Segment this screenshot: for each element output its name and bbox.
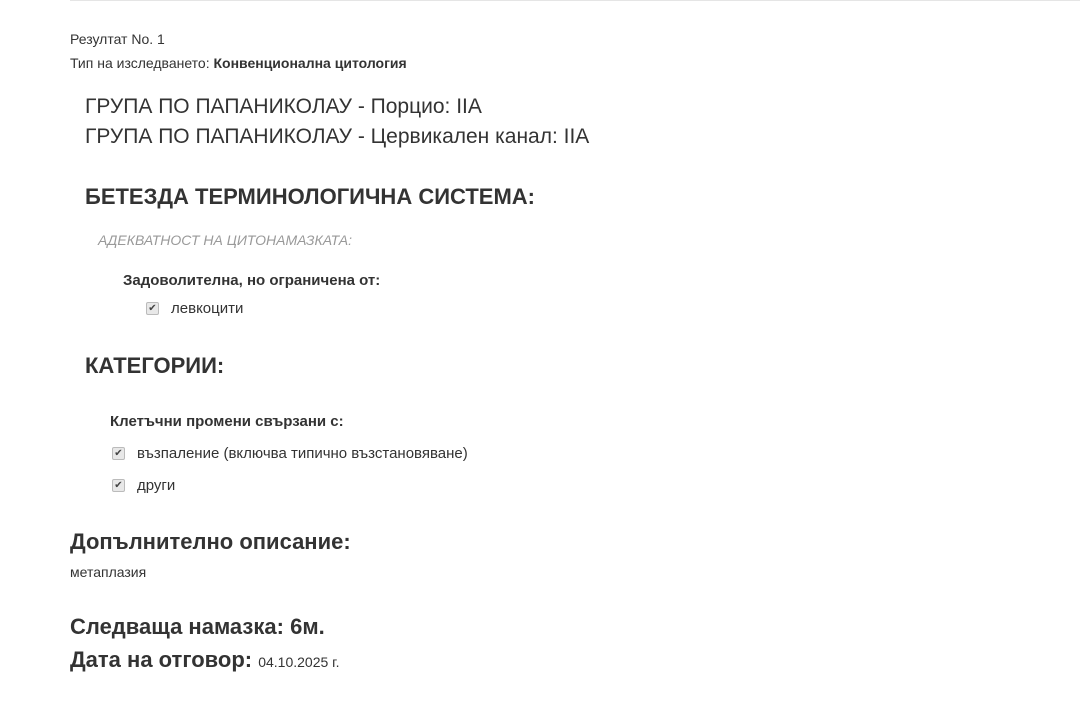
additional-description-value: метаплазия — [70, 564, 146, 580]
adequacy-label: АДЕКВАТНОСТ НА ЦИТОНАМАЗКАТА: — [98, 232, 352, 248]
top-divider — [70, 0, 1080, 1]
papanicolaou-cervical-canal: ГРУПА ПО ПАПАНИКОЛАУ - Цервикален канал:… — [85, 125, 589, 149]
result-number: Резултат No. 1 — [70, 31, 165, 47]
bethesda-title: БЕТЕЗДА ТЕРМИНОЛОГИЧНА СИСТЕМА: — [85, 184, 535, 210]
limited-by-item: ✔ левкоцити — [146, 300, 243, 317]
next-smear: Следваща намазка: 6м. — [70, 614, 325, 640]
next-smear-label: Следваща намазка: — [70, 614, 284, 639]
answer-date: Дата на отговор: 04.10.2025 г. — [70, 647, 339, 673]
category-label: възпаление (включва типично възстановява… — [137, 445, 468, 462]
limited-by-label: левкоцити — [171, 300, 243, 317]
additional-description-title: Допълнително описание: — [70, 529, 351, 555]
checkbox-checked-icon[interactable]: ✔ — [112, 447, 125, 460]
exam-type: Тип на изследването: Конвенционална цито… — [70, 55, 407, 71]
answer-date-value: 04.10.2025 г. — [258, 654, 339, 670]
checkbox-checked-icon[interactable]: ✔ — [112, 479, 125, 492]
adequacy-value: Задоволителна, но ограничена от: — [123, 272, 380, 289]
papanicolaou-portio: ГРУПА ПО ПАПАНИКОЛАУ - Порцио: IIA — [85, 95, 482, 119]
category-item: ✔ възпаление (включва типично възстановя… — [112, 445, 468, 462]
next-smear-value: 6м. — [290, 614, 325, 639]
exam-type-label: Тип на изследването: — [70, 55, 210, 71]
exam-type-value: Конвенционална цитология — [213, 55, 406, 71]
categories-subtitle: Клетъчни промени свързани с: — [110, 413, 344, 430]
category-label: други — [137, 477, 175, 494]
category-item: ✔ други — [112, 477, 175, 494]
answer-date-label: Дата на отговор: — [70, 647, 252, 672]
checkbox-checked-icon[interactable]: ✔ — [146, 302, 159, 315]
categories-title: КАТЕГОРИИ: — [85, 353, 224, 379]
